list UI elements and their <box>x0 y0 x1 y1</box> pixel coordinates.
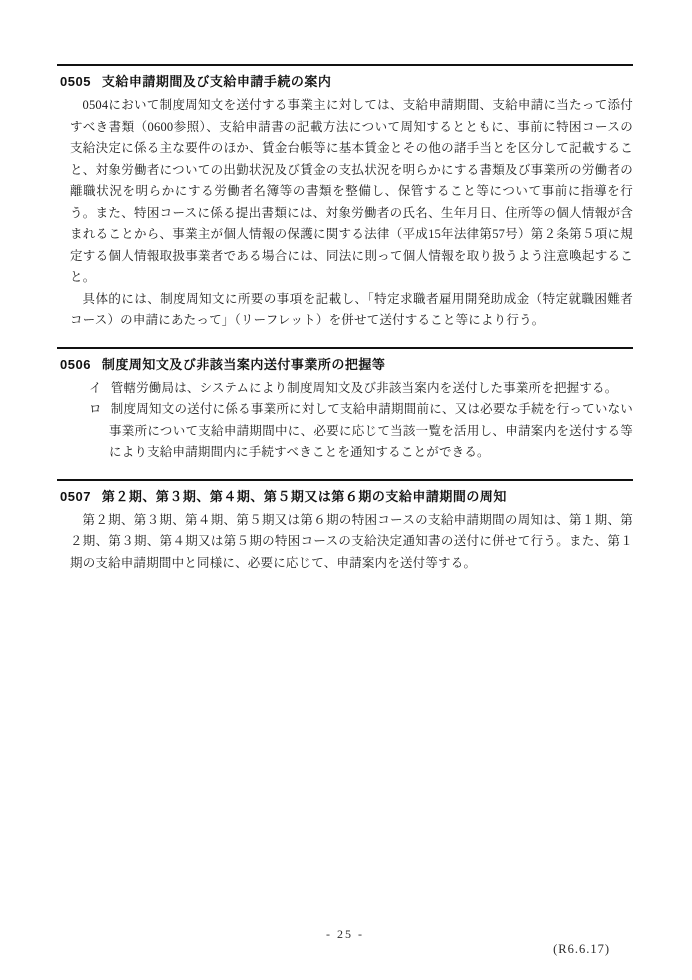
section-number: 0507 <box>60 489 91 504</box>
item-text: 制度周知文の送付に係る事業所に対して支給申請期間前に、又は必要な手続を行っていな… <box>109 402 633 459</box>
footer-revision-date: (R6.6.17) <box>553 942 610 957</box>
section-title: 支給申請期間及び支給申請手続の案内 <box>102 71 332 90</box>
document-page: 0505 支給申請期間及び支給申請手続の案内 0504において制度周知文を送付す… <box>0 0 692 980</box>
section-title: 制度周知文及び非該当案内送付事業所の把握等 <box>102 354 386 373</box>
paragraph: 具体的には、制度周知文に所要の事項を記載し、「特定求職者雇用開発助成金（特定就職… <box>70 289 633 332</box>
section-number: 0505 <box>60 74 91 89</box>
section-heading: 0507 第２期、第３期、第４期、第５期又は第６期の支給申請期間の周知 <box>57 481 633 510</box>
section-title: 第２期、第３期、第４期、第５期又は第６期の支給申請期間の周知 <box>102 486 507 505</box>
section-heading: 0506 制度周知文及び非該当案内送付事業所の把握等 <box>57 349 633 378</box>
section-number: 0506 <box>60 357 91 372</box>
paragraph: 第２期、第３期、第４期、第５期又は第６期の特困コースの支給申請期間の周知は、第１… <box>70 510 633 575</box>
item-marker: ロ <box>89 402 102 416</box>
paragraph: 0504において制度周知文を送付する事業主に対しては、支給申請期間、支給申請に当… <box>70 95 633 289</box>
list-item: ロ制度周知文の送付に係る事業所に対して支給申請期間前に、又は必要な手続を行ってい… <box>70 399 633 464</box>
footer-page-number: - 25 - <box>57 927 633 942</box>
section-0506: 0506 制度周知文及び非該当案内送付事業所の把握等 イ管轄労働局は、システムに… <box>57 347 633 464</box>
section-0505: 0505 支給申請期間及び支給申請手続の案内 0504において制度周知文を送付す… <box>57 64 633 332</box>
section-body: 0504において制度周知文を送付する事業主に対しては、支給申請期間、支給申請に当… <box>57 95 633 332</box>
section-body: イ管轄労働局は、システムにより制度周知文及び非該当案内を送付した事業所を把握する… <box>70 378 633 464</box>
item-marker: イ <box>89 381 102 395</box>
page-content: 0505 支給申請期間及び支給申請手続の案内 0504において制度周知文を送付す… <box>57 64 633 589</box>
section-0507: 0507 第２期、第３期、第４期、第５期又は第６期の支給申請期間の周知 第２期、… <box>57 479 633 575</box>
list-item: イ管轄労働局は、システムにより制度周知文及び非該当案内を送付した事業所を把握する… <box>70 378 633 400</box>
section-body: 第２期、第３期、第４期、第５期又は第６期の特困コースの支給申請期間の周知は、第１… <box>57 510 633 575</box>
item-text: 管轄労働局は、システムにより制度周知文及び非該当案内を送付した事業所を把握する。 <box>111 381 618 395</box>
section-heading: 0505 支給申請期間及び支給申請手続の案内 <box>57 66 633 95</box>
